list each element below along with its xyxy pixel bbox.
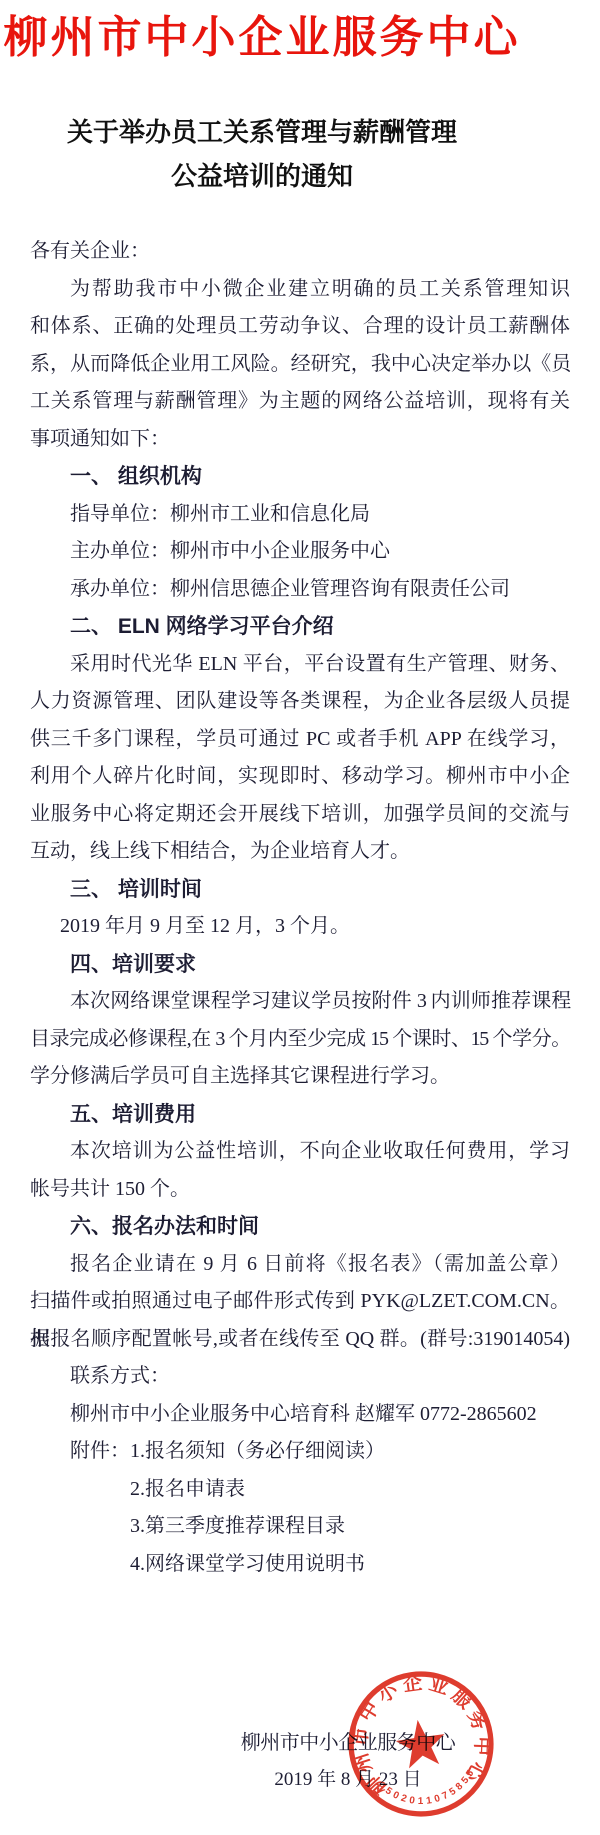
document-line: 主办单位：柳州市中小企业服务中心: [30, 533, 570, 571]
document-line: 附件：1.报名须知（务必仔细阅读）: [30, 1433, 570, 1471]
document-line: 指导单位：柳州市工业和信息化局: [30, 496, 570, 534]
signature-org: 柳州市中小企业服务中心: [48, 1726, 600, 1755]
document-line: 二、 ELN 网络学习平台介绍: [30, 608, 570, 646]
document-line: 目录完成必修课程,在 3 个月内至少完成 15 个课时、15 个学分。: [30, 1021, 570, 1059]
document-line: 业服务中心将定期还会开展线下培训，加强学员间的交流与: [30, 796, 570, 834]
document-line: 3.第三季度推荐课程目录: [30, 1508, 570, 1546]
document-line: 人力资源管理、团队建设等各类课程，为企业各层级人员提: [30, 683, 570, 721]
svg-text:7: 7: [440, 1790, 450, 1803]
document-line: 互动，线上线下相结合，为企业培育人才。: [30, 833, 570, 871]
svg-text:中: 中: [354, 1697, 384, 1725]
document-line: 一、 组织机构: [30, 458, 570, 496]
document-line: 联系方式：: [30, 1358, 570, 1396]
document-line: 和体系、正确的处理员工劳动争议、合理的设计员工薪酬体: [30, 308, 570, 346]
document-line: 帐号共计 150 个。: [30, 1171, 570, 1209]
svg-text:2: 2: [399, 1793, 408, 1805]
svg-text:1: 1: [418, 1796, 424, 1807]
document-line: 柳州市中小企业服务中心培育科 赵耀军 0772-2865602: [30, 1396, 570, 1434]
document-line: 本次培训为公益性培训，不向企业收取任何费用，学习: [30, 1133, 570, 1171]
document-line: 为帮助我市中小微企业建立明确的员工关系管理知识: [30, 271, 570, 309]
document-line: 利用个人碎片化时间，实现即时、移动学习。柳州市中小企: [30, 758, 570, 796]
document-line: 事项通知如下：: [30, 421, 570, 459]
document-line: 2019 年月 9 月至 12 月，3 个月。: [30, 908, 570, 946]
svg-text:服: 服: [447, 1684, 477, 1714]
document-line: 系，从而降低企业用工风险。经研究，我中心决定举办以《员: [30, 346, 570, 384]
document-line: 本次网络课堂课程学习建议学员按附件 3 内训师推荐课程: [30, 983, 570, 1021]
signature-date: 2019 年 8 月 23 日: [48, 1764, 600, 1791]
doc-body: 各有关企业：为帮助我市中小微企业建立明确的员工关系管理知识和体系、正确的处理员工…: [30, 233, 570, 1583]
document-line: 学分修满后学员可自主选择其它课程进行学习。: [30, 1058, 570, 1096]
org-header-title: 柳州市中小企业服务中心: [0, 0, 562, 64]
document-title-line1: 关于举办员工关系管理与薪酬管理: [0, 110, 562, 154]
document-line: 扫描件或拍照通过电子邮件形式传到 PYK@LZET.COM.CN。根: [30, 1283, 570, 1321]
document-line: 四、培训要求: [30, 946, 570, 984]
document-line: 供三千多门课程，学员可通过 PC 或者手机 APP 在线学习，: [30, 721, 570, 759]
document-line: 采用时代光华 ELN 平台，平台设置有生产管理、财务、: [30, 646, 570, 684]
document-line: 五、培训费用: [30, 1096, 570, 1134]
svg-text:0: 0: [433, 1793, 442, 1805]
svg-text:企: 企: [401, 1671, 423, 1696]
svg-text:1: 1: [426, 1795, 433, 1807]
document-line: 六、报名办法和时间: [30, 1208, 570, 1246]
document-title: 关于举办员工关系管理与薪酬管理 公益培训的通知: [0, 110, 562, 198]
svg-text:小: 小: [374, 1678, 403, 1707]
svg-text:0: 0: [391, 1790, 401, 1803]
document-line: 各有关企业：: [30, 233, 570, 271]
document-title-line2: 公益培训的通知: [0, 154, 562, 198]
document-line: 4.网络课堂学习使用说明书: [30, 1546, 570, 1584]
document-line: 据报名顺序配置帐号,或者在线传至 QQ 群。(群号:319014054): [30, 1321, 570, 1359]
document-line: 2.报名申请表: [30, 1471, 570, 1509]
svg-text:0: 0: [408, 1795, 416, 1807]
document-line: 报名企业请在 9 月 6 日前将《报名表》（需加盖公章）: [30, 1246, 570, 1284]
document-line: 三、 培训时间: [30, 871, 570, 909]
document-line: 承办单位：柳州信思德企业管理咨询有限责任公司: [30, 571, 570, 609]
document-line: 工关系管理与薪酬管理》为主题的网络公益培训，现将有关: [30, 383, 570, 421]
svg-text:业: 业: [426, 1673, 451, 1700]
document-page: 柳州市中小企业服务中心 关于举办员工关系管理与薪酬管理 公益培训的通知 各有关企…: [0, 0, 600, 1835]
